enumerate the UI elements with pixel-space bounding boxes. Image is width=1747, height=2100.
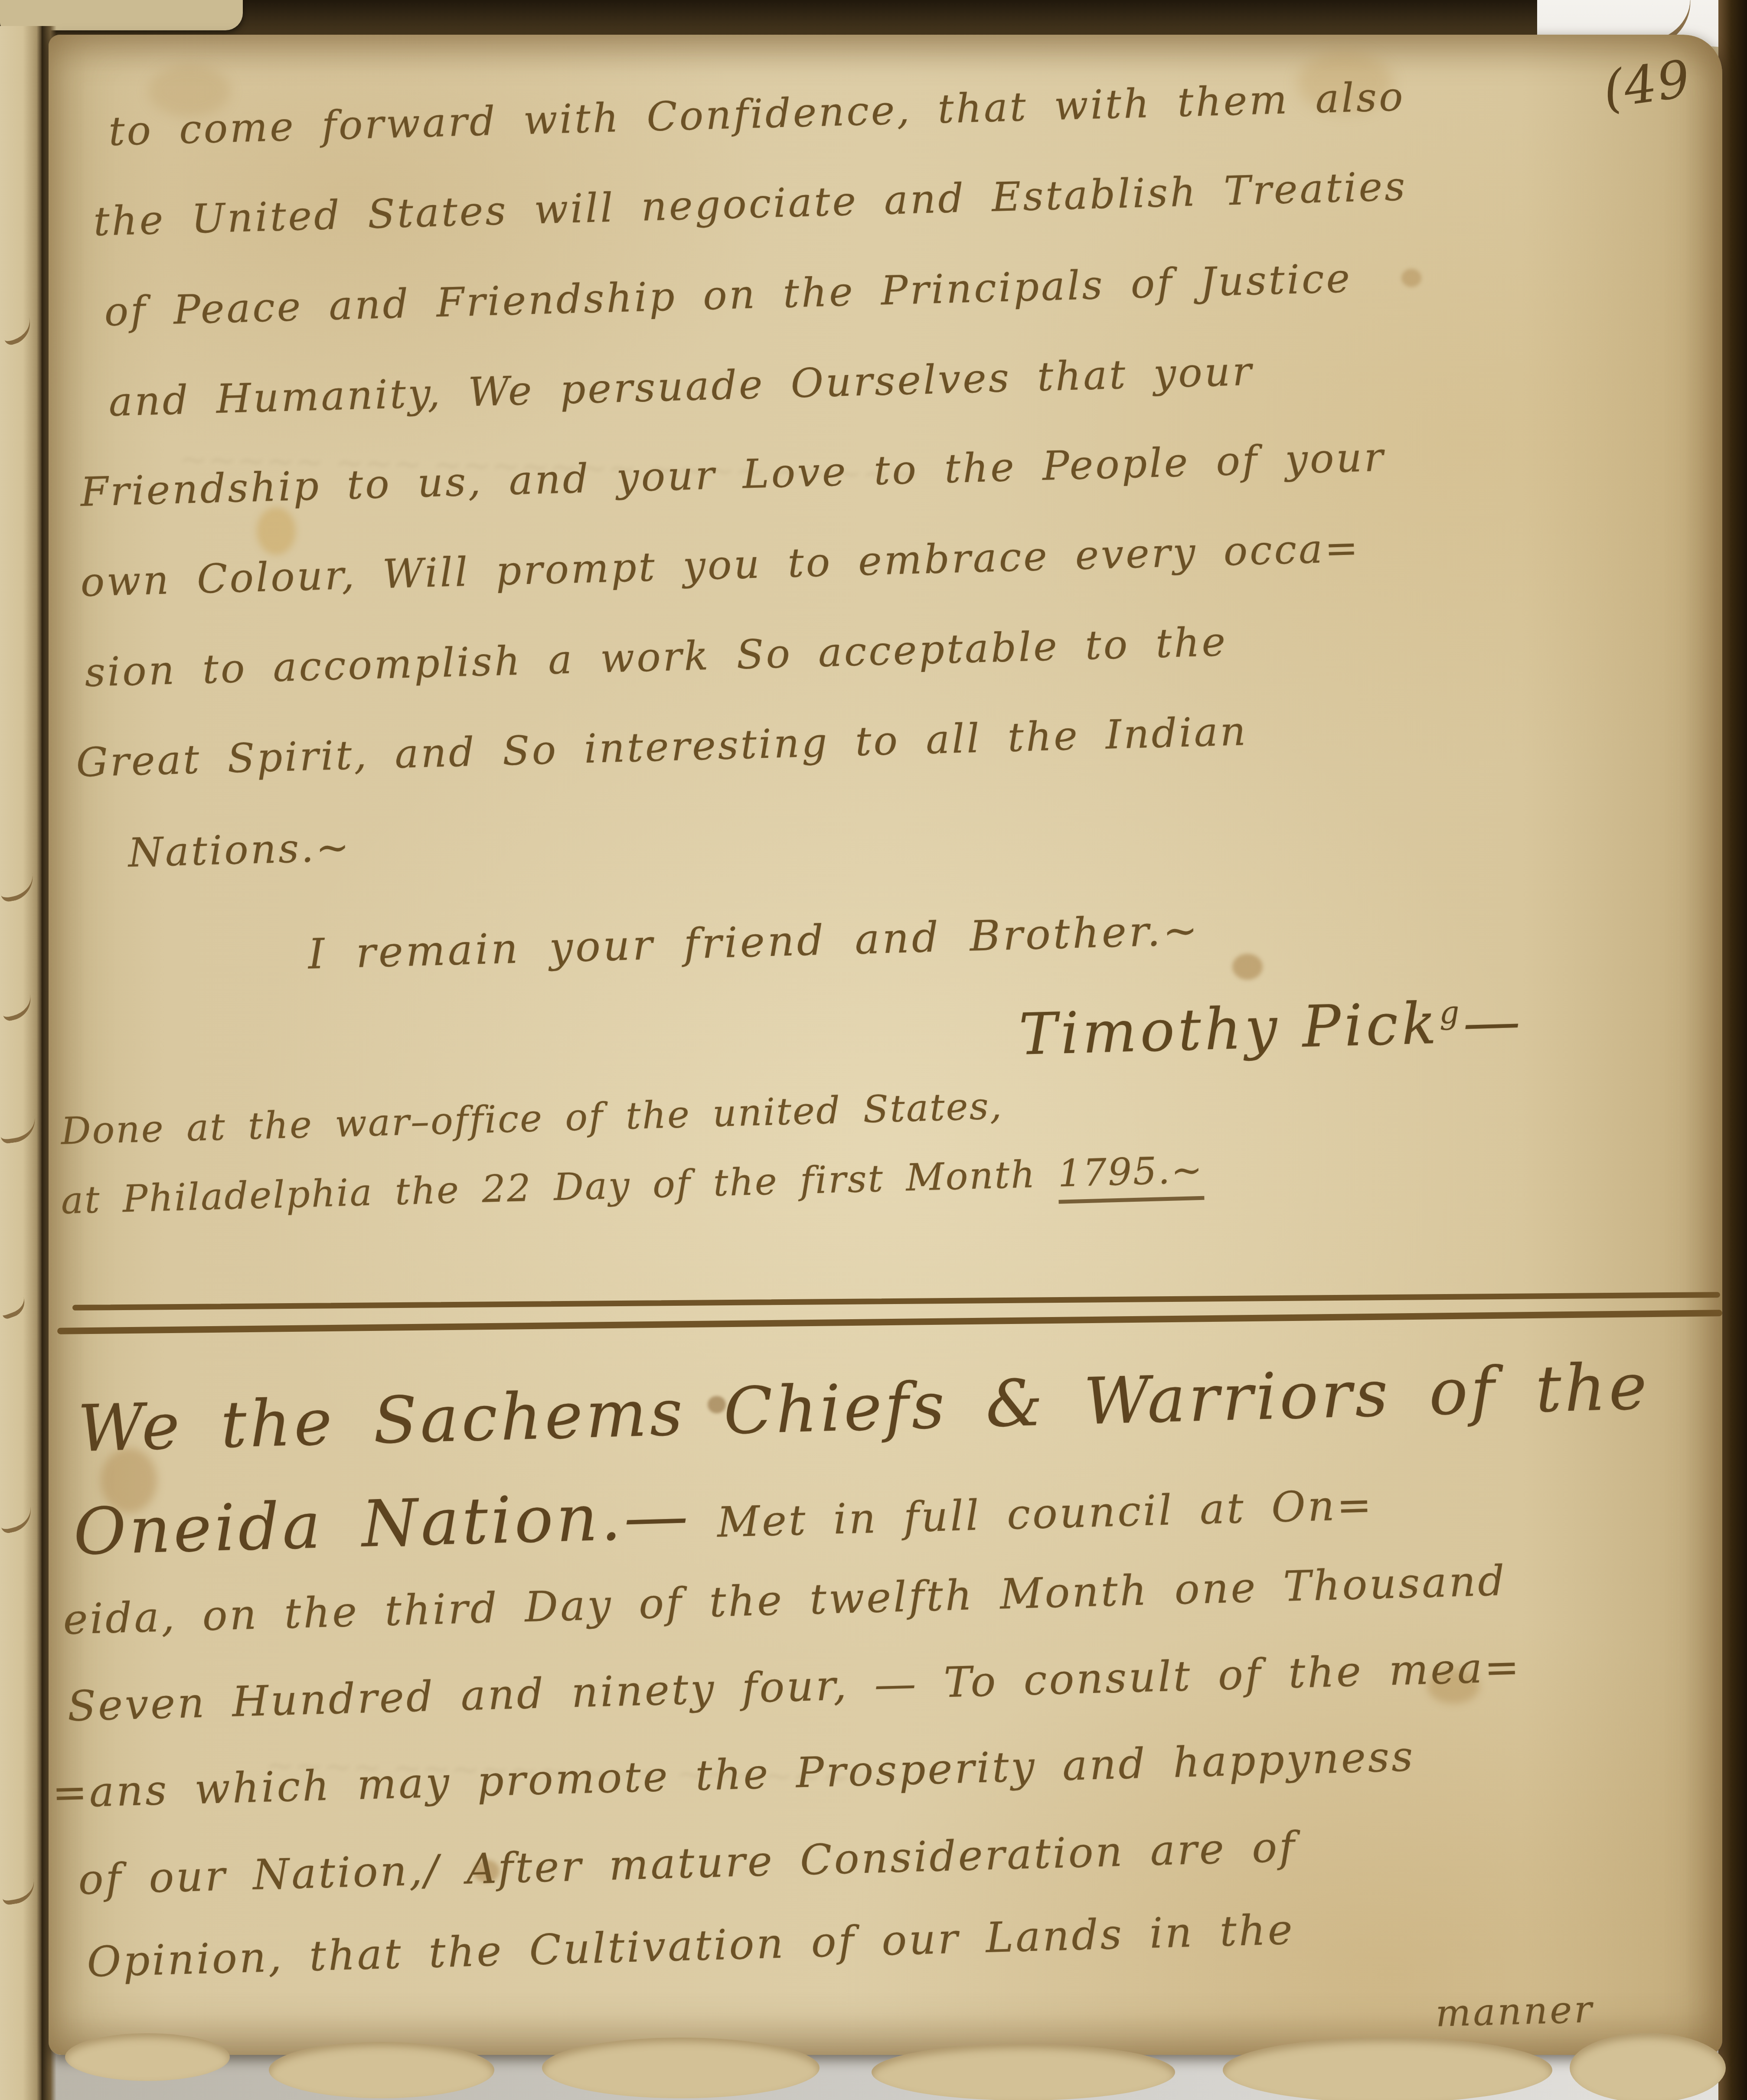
- book-fore-edge: [1718, 0, 1747, 2100]
- torn-bottom-edge: [65, 2033, 230, 2081]
- section-divider-rule: [72, 1292, 1720, 1311]
- paper-stain: [1232, 954, 1263, 980]
- manuscript-line: of Peace and Friendship on the Principal…: [104, 255, 1352, 335]
- manuscript-line: Nations.~: [127, 824, 352, 876]
- manuscript-line: Great Spirit, and So interesting to all …: [75, 708, 1248, 786]
- cut-off-writing-fragment: [0, 994, 35, 1022]
- dateline: at Philadelphia the 22 Day of the first …: [60, 1148, 1204, 1223]
- manuscript-line: the United States will negociate and Est…: [93, 163, 1407, 245]
- cut-off-writing-fragment: [0, 873, 36, 903]
- torn-bottom-edge: [542, 2038, 820, 2098]
- torn-bottom-edge: [269, 2042, 494, 2098]
- cut-off-writing-fragment: [0, 1116, 38, 1144]
- torn-bottom-edge: [872, 2044, 1175, 2100]
- cut-off-writing-fragment: [0, 1879, 37, 1906]
- signature-flourish: —: [1462, 988, 1525, 1057]
- catchword: manner: [1435, 1988, 1594, 2035]
- manuscript-line: Seven Hundred and ninety four, — To cons…: [67, 1643, 1522, 1731]
- manuscript-scan: ~~~~~ ~~~ ~~~~~~~ ~~~~ ~~~~~ ~~~~ ~~~~~~…: [0, 0, 1747, 2100]
- manuscript-line: to come forward with Confidence, that wi…: [108, 73, 1406, 155]
- council-opening-rest: Met in full council at On=: [691, 1480, 1375, 1548]
- manuscript-line: of our Nation,/ After mature Considerati…: [78, 1823, 1297, 1904]
- manuscript-line: and Humanity, We persuade Ourselves that…: [108, 348, 1254, 425]
- torn-bottom-edge: [1223, 2038, 1552, 2100]
- manuscript-line: sion to accomplish a work So acceptable …: [84, 619, 1228, 696]
- council-opening-line: We the Sachems Chiefs & Warriors of the: [77, 1349, 1651, 1466]
- cut-off-writing-fragment: [0, 1506, 35, 1535]
- paper-stain: [257, 507, 296, 555]
- dateline: Done at the war–office of the united Sta…: [60, 1084, 1003, 1153]
- manuscript-page: ~~~~~ ~~~ ~~~~~~~ ~~~~ ~~~~~ ~~~~ ~~~~~~…: [49, 35, 1722, 2055]
- council-opening-line: Oneida Nation.— Met in full council at O…: [72, 1460, 1374, 1569]
- dateline-year: 1795.~: [1057, 1148, 1204, 1204]
- signature-superscript: g: [1439, 994, 1463, 1030]
- manuscript-line: =ans which may promote the Prosperity an…: [52, 1732, 1416, 1817]
- cut-off-writing-fragment: [0, 1297, 29, 1320]
- signature-name: Timothy Pick: [1018, 990, 1440, 1068]
- manuscript-line: own Colour, Will prompt you to embrace e…: [80, 525, 1361, 606]
- signature: Timothy Pickg—: [1018, 988, 1525, 1068]
- page-number: (49: [1599, 49, 1694, 120]
- foxing-spot: [1401, 269, 1421, 287]
- section-divider-rule: [57, 1310, 1722, 1334]
- cut-off-writing-fragment: [0, 316, 36, 346]
- torn-bottom-edge: [1570, 2033, 1726, 2100]
- letter-closing: I remain your friend and Brother.~: [307, 906, 1201, 978]
- dateline-text: at Philadelphia the 22 Day of the first …: [60, 1152, 1058, 1223]
- manuscript-line: Opinion, that the Cultivation of our Lan…: [86, 1905, 1295, 1986]
- manuscript-line: eida, on the third Day of the twelfth Mo…: [62, 1556, 1507, 1644]
- facing-page-sliver: [0, 26, 42, 2100]
- council-opening-large: Oneida Nation.—: [72, 1478, 692, 1569]
